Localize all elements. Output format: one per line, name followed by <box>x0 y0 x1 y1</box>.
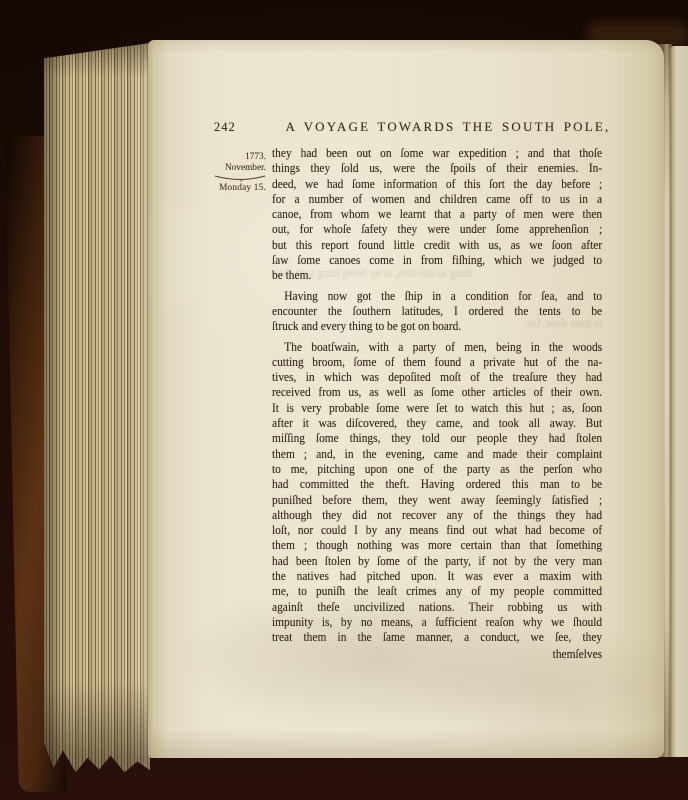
text-line: them ; though nothing was more certain t… <box>272 537 602 552</box>
text-line: to me, pitching upon one of the party as… <box>272 461 602 476</box>
catchword: themſelves <box>272 646 602 661</box>
margin-year: 1773. <box>194 152 266 163</box>
margin-brace-flourish <box>214 174 266 182</box>
body-paragraphs: they had been out on ſome war expedition… <box>272 145 602 645</box>
text-line: be them. <box>272 267 602 282</box>
page-number: 242 <box>214 120 236 135</box>
text-line: ſaw ſome canoes come in from fiſhing, wh… <box>272 252 602 267</box>
text-line: them ; and, in the evening, came and mad… <box>272 446 602 461</box>
text-line: received from us, as well as ſome other … <box>272 384 602 399</box>
book-photo-scene: 242 A VOYAGE TOWARDS THE SOUTH POLE, 177… <box>0 0 688 800</box>
paragraph: Having now got the ſhip in a condition f… <box>272 288 602 334</box>
text-line: cutting broom, ſome of them found a priv… <box>272 354 602 369</box>
margin-month: November. <box>194 163 266 174</box>
text-line: canoe, from whom we learnt that a party … <box>272 206 602 221</box>
text-line: loſt, nor could I by any means find out … <box>272 522 602 537</box>
facing-page-sliver <box>670 46 688 757</box>
text-line: the natives had pitched upon. It was eve… <box>272 568 602 583</box>
running-header: A VOYAGE TOWARDS THE SOUTH POLE, <box>276 119 620 135</box>
stacked-page-fore-edges <box>44 43 150 773</box>
text-line: puniſhed before them, they went away ſee… <box>272 492 602 507</box>
book-page: 242 A VOYAGE TOWARDS THE SOUTH POLE, 177… <box>148 40 664 758</box>
text-line: had committed the theft. Having ordered … <box>272 476 602 491</box>
text-line: but this report found little credit with… <box>272 237 602 252</box>
paragraph: The boatſwain, with a party of men, bein… <box>272 339 602 645</box>
text-line: miſſing ſome things, they told our peopl… <box>272 430 602 445</box>
text-line: impunity is, by no means, a ſufficient r… <box>272 614 602 629</box>
text-line: Having now got the ſhip in a condition f… <box>272 288 602 303</box>
text-line: tives, in which was depoſited moſt of th… <box>272 369 602 384</box>
text-line: had been ſtolen by ſome of the party, if… <box>272 553 602 568</box>
text-line: although they did not recover any of the… <box>272 507 602 522</box>
text-line: they had been out on ſome war expedition… <box>272 145 602 160</box>
text-line: It is very probable ſome were ſet to wat… <box>272 400 602 415</box>
text-line: encounter the ſouthern latitudes, I orde… <box>272 303 602 318</box>
text-line: deed, we had ſome information of this ſo… <box>272 176 602 191</box>
paragraph: they had been out on ſome war expedition… <box>272 145 602 283</box>
text-line: The boatſwain, with a party of men, bein… <box>272 339 602 354</box>
text-line: things they ſold us, were the ſpoils of … <box>272 160 602 175</box>
margin-date-note: 1773. November. Monday 15. <box>194 152 266 194</box>
text-line: after it was diſcovered, they came, and … <box>272 415 602 430</box>
margin-day: Monday 15. <box>194 183 266 194</box>
text-line: treat them in the ſame manner, a conduct… <box>272 629 602 644</box>
text-line: me, to puniſh the leaſt crimes any of my… <box>272 583 602 598</box>
text-line: out, for whoſe ſafety they were under ſo… <box>272 221 602 236</box>
text-line: ſtruck and every thing to be got on boar… <box>272 318 602 333</box>
text-line: for a number of women and children came … <box>272 191 602 206</box>
text-line: againſt theſe uncivilized nations. Their… <box>272 599 602 614</box>
body-text-column: they had been out on ſome war expedition… <box>272 145 602 661</box>
